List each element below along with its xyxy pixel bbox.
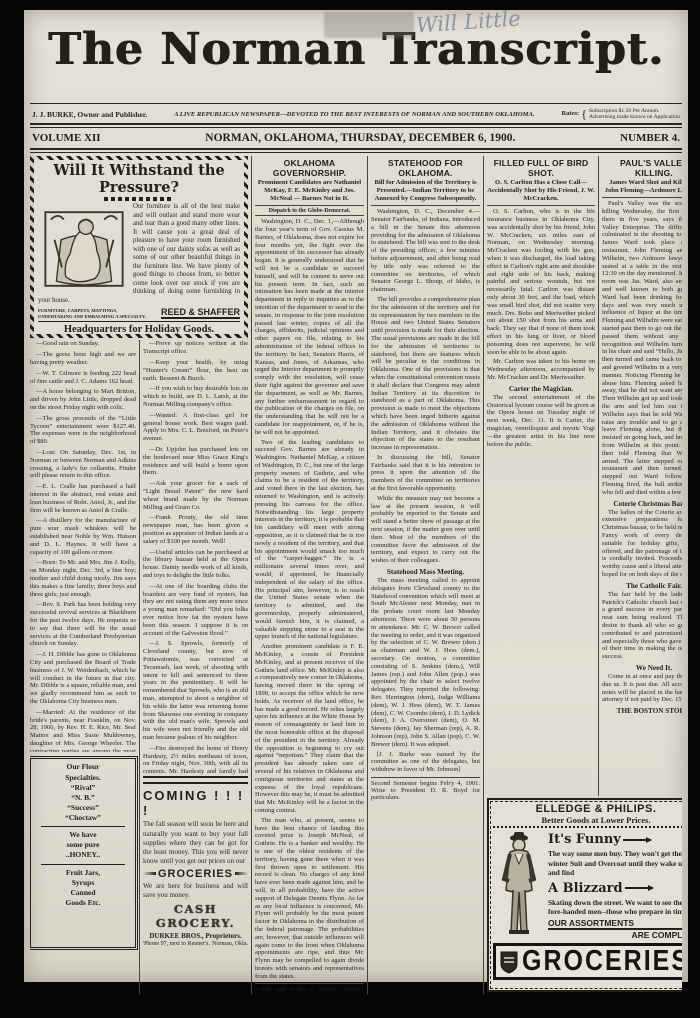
article-paragraph: Two of the leading candidates to succeed…	[255, 439, 364, 642]
right-pair-articles: FILLED FULL OF BIRD SHOT. O. S. Carlton …	[487, 156, 682, 796]
article-headline: Carter the Magician.	[487, 385, 595, 393]
flour-ad-line: Fruit Jars,	[33, 868, 133, 878]
flour-ad-line: We have	[33, 830, 133, 840]
article-bird-shot: FILLED FULL OF BIRD SHOT. O. S. Carlton …	[487, 158, 595, 381]
cash-grocery-phone: 'Phone 97, next to Renner's.	[143, 941, 210, 947]
article-deck: O. S. Carlton Has a Close Call—Accidenta…	[487, 179, 595, 206]
semester-note: Second Semester begins Feb'y 4, 1901. Wr…	[371, 777, 480, 801]
news-brief: —Rev. S. Park has been holding very succ…	[30, 601, 136, 648]
article-body: The fair held by the ladies of St. Patri…	[602, 591, 682, 661]
assortments-line: OUR ASSORTMENTS ARE COMPLETE	[548, 918, 682, 940]
cash-grocery-city: Norman, Okla.	[212, 941, 248, 947]
news-brief: —Dr. Upjohn has purchased lots on the bo…	[143, 446, 248, 477]
divider	[30, 123, 682, 128]
news-briefs-col2: —Prove up notices written at the Transcr…	[143, 340, 248, 778]
elledge-philips-ad: ELLEDGE & PHILIPS. Better Goods at Lower…	[487, 798, 682, 992]
article-paragraph: The ladies of the Coterie are making ext…	[602, 509, 682, 579]
furniture-ad-holiday-line: Headquarters for Holiday Goods.	[38, 321, 240, 334]
column-6: PAUL'S VALLEY KILLING. James Ward Shot a…	[599, 156, 682, 796]
furniture-ad-services: FURNITURE, CARPETS, MATTINGS, UNDERTAKIN…	[38, 308, 148, 319]
publisher-row: J. J. BURKE, Owner and Publisher. A LIVE…	[30, 106, 682, 122]
article-paragraph: While the measure may not become a law a…	[371, 495, 480, 565]
its-funny-title: It's Funny	[548, 832, 621, 847]
article-body: Washington, D. C., Dec. 1,—Although the …	[255, 218, 364, 980]
news-brief: —J. S. Sprowls, formerly of Cleveland co…	[143, 640, 248, 741]
left-column-pair: Will It Withstand the Pressure?	[30, 156, 252, 994]
newspaper-page: Will Little The Norman Transcript. J. J.…	[24, 10, 688, 982]
article-statehood: STATEHOOD FOR OKLAHOMA. Bill for Admissi…	[371, 158, 480, 565]
article-paragraph: The fair held by the ladies of St. Patri…	[602, 591, 682, 661]
article-body: Paul's Valley was the scene of a killing…	[602, 200, 682, 496]
furniture-ad: Will It Withstand the Pressure?	[30, 156, 248, 338]
article-paragraph: Washington, D. C., Dec. 1,—Although the …	[255, 218, 364, 436]
assortments-line-1: OUR ASSORTMENTS	[548, 918, 634, 928]
article-carter-magician: Carter the Magician. The second entertai…	[487, 385, 595, 449]
news-brief: —If you wish to buy desirable lots on wh…	[143, 385, 248, 408]
flour-ad-line: some pure	[33, 840, 133, 850]
flour-ad: Our FlourSpecialties.“Rival”“N. B.”“Succ…	[30, 758, 136, 948]
flour-ad-line: Syrups	[33, 878, 133, 888]
column-4: STATEHOOD FOR OKLAHOMA. Bill for Admissi…	[368, 156, 484, 994]
divider	[30, 103, 682, 104]
cash-grocery-proprietors: DURKEE BROS., Proprietors.	[143, 932, 248, 940]
arrow-ornament	[625, 887, 653, 889]
news-briefs-col1: —Good rain on Sunday.—The geese hone hig…	[30, 340, 136, 752]
groceries-banner: GROCERIES	[493, 943, 682, 980]
news-brief: —Ask your grocer for a sack of “Light Br…	[143, 480, 248, 511]
blizzard-title: A Blizzard	[548, 881, 623, 896]
boston-store-signature: THE BOSTON STORE.	[602, 707, 682, 715]
divider	[30, 148, 682, 153]
news-brief: —Married: At the residence of the bride'…	[30, 709, 136, 753]
coming-ad-title: COMING ! ! ! !	[143, 788, 248, 818]
article-we-need-it: We Need It. Come in at once and pay the …	[602, 664, 682, 715]
article-deck: James Ward Shot and Killed by John Flemi…	[602, 179, 682, 198]
news-brief: —The geese hone high and we are having p…	[30, 351, 136, 367]
news-brief: —Keep your health, by using “Hunter's Cr…	[143, 359, 248, 382]
elledge-ad-tagline: Better Goods at Lower Prices.	[493, 815, 682, 828]
groceries-line: GROCERIES	[143, 868, 248, 880]
news-brief: —At one of the boarding clubs the boarde…	[143, 583, 248, 638]
arrow-ornament	[623, 839, 651, 841]
article-credit: Dispatch to the Globe-Democrat.	[255, 208, 364, 216]
elledge-ad-name: ELLEDGE & PHILIPS.	[493, 803, 682, 815]
article-paragraph: Washington, D. C., December 4.—Senator F…	[371, 208, 480, 294]
flour-ad-lines: Our FlourSpecialties.“Rival”“N. B.”“Succ…	[33, 762, 133, 823]
coming-ad-pledge: We are here for business and will save y…	[143, 882, 248, 900]
furniture-ad-title: Will It Withstand the Pressure?	[38, 162, 240, 196]
article-paragraph: The man who, at present, seems to have t…	[255, 817, 364, 981]
rate-advertising: Advertising made known on Application	[589, 114, 680, 120]
groceries-banner-word: GROCERIES	[522, 945, 682, 978]
flour-ad-line: “Rival”	[33, 783, 133, 793]
news-brief: —Wanted: A first-class girl for general …	[143, 412, 248, 443]
article-paragraph: O. S. Carlton, who is in the life insura…	[487, 208, 595, 356]
article-pauls-valley: PAUL'S VALLEY KILLING. James Ward Shot a…	[602, 158, 682, 496]
column-2: —Prove up notices written at the Transcr…	[140, 340, 248, 994]
article-body: The second entertainment of the Oratoric…	[487, 394, 595, 449]
article-headline: PAUL'S VALLEY KILLING.	[602, 158, 682, 178]
furniture-ad-signature: REED & SHAFFER	[161, 307, 240, 319]
article-paragraph: Come in at once and pay the amount due u…	[602, 673, 682, 704]
news-brief: —A horse belonging to Mart Britton, and …	[30, 388, 136, 411]
rates-lines: Subscription $1.50 Per Annum. Advertisin…	[589, 108, 680, 120]
news-brief: —The gross proceeds of the “Little Tycoo…	[30, 415, 136, 446]
article-body: The mass meeting called to appoint deleg…	[371, 577, 480, 774]
flour-ad-line: Our Flour	[33, 762, 133, 772]
assortments-line-2: ARE COMPLETE	[548, 928, 682, 940]
news-brief: —A distillery for the manufacture of pur…	[30, 517, 136, 556]
groceries-word: GROCERIES	[158, 868, 233, 880]
article-paragraph: Another prominent candidate is F. E. McK…	[255, 643, 364, 815]
coming-ad-body: The fall season will soon be here and na…	[143, 820, 248, 865]
article-paragraph: The second entertainment of the Oratoric…	[487, 394, 595, 449]
volume-label: VOLUME XII	[32, 132, 101, 144]
brief-columns: —Good rain on Sunday.—The geese hone hig…	[30, 340, 248, 994]
article-headline: STATEHOOD FOR OKLAHOMA.	[371, 158, 480, 178]
date-row: VOLUME XII NORMAN, OKLAHOMA, THURSDAY, D…	[30, 129, 682, 147]
news-brief: —Fire destroyed the home of Henry Hardes…	[143, 745, 248, 779]
cash-grocery-name: CASH GROCERY.	[143, 902, 248, 930]
article-paragraph: The mass meeting called to appoint deleg…	[371, 577, 480, 749]
blizzard-body: Skating down the street. We want to see …	[548, 898, 682, 916]
news-brief: —E. L. Cralle has purchased a half inter…	[30, 483, 136, 514]
right-column-pair: FILLED FULL OF BIRD SHOT. O. S. Carlton …	[484, 156, 682, 994]
flourish-ornament	[235, 872, 248, 875]
flourish-ornament	[143, 872, 156, 875]
flour-ad-line: “Success”	[33, 803, 133, 813]
article-deck: Prominent Candidates are Nathaniel McKay…	[255, 179, 364, 206]
flour-ad-line: “Choctaw”	[33, 813, 133, 823]
column-3: OKLAHOMA GOVERNORSHIP. Prominent Candida…	[252, 156, 368, 994]
article-headline: FILLED FULL OF BIRD SHOT.	[487, 158, 595, 178]
flour-ad-goods: Fruit Jars,SyrupsCannedGoods Etc.	[33, 868, 133, 909]
divider	[41, 826, 125, 827]
article-paragraph: The bill provides a comprehensive plan f…	[371, 296, 480, 452]
rates-label: Rates:	[561, 111, 579, 117]
tape-mark	[324, 12, 414, 38]
news-brief: —J. H. Dibble has gone to Oklahoma City …	[30, 651, 136, 706]
article-catholic-fair: The Catholic Fair. The fair held by the …	[602, 582, 682, 661]
article-headline: OKLAHOMA GOVERNORSHIP.	[255, 158, 364, 178]
news-brief: —Frank Prouty, the old time newspaper ma…	[143, 514, 248, 545]
article-paragraph: In discussing the bill, Senator Fairbank…	[371, 454, 480, 493]
article-oklahoma-governorship: OKLAHOMA GOVERNORSHIP. Prominent Candida…	[255, 158, 364, 994]
article-body: O. S. Carlton, who is in the life insura…	[487, 208, 595, 382]
publisher-line: J. J. BURKE, Owner and Publisher.	[32, 110, 147, 119]
news-brief: —Lost: On Saturday, Dec. 1st, in Norman …	[30, 449, 136, 480]
motto-line: A LIVE REPUBLICAN NEWSPAPER—DEVOTED TO T…	[174, 111, 534, 118]
article-deck: Bill for Admission of the Territory is P…	[371, 179, 480, 206]
article-mass-meeting: Statehood Mass Meeting. The mass meeting…	[371, 568, 480, 801]
rates-block: Rates: { Subscription $1.50 Per Annum. A…	[561, 108, 680, 120]
divider	[41, 864, 125, 865]
elledge-ad-content: It's Funny The way some men buy. They wo…	[493, 830, 682, 940]
article-paragraph: Paul's Valley was the scene of a killing…	[602, 200, 682, 496]
news-brief: —Born: To Mr. and Mrs. Jim J. Kelly, on …	[30, 559, 136, 598]
article-coterie-bazaar: Coterie Christmas Bazaar. The ladies of …	[602, 500, 682, 579]
zigzag-ornament	[104, 197, 174, 201]
brace-glyph: {	[581, 109, 587, 119]
news-brief: —W. T. Gilmore is feeding 222 head of fi…	[30, 370, 136, 386]
column-1: —Good rain on Sunday.—The geese hone hig…	[30, 340, 140, 994]
flour-ad-line: Specialties.	[33, 773, 133, 783]
article-body: Washington, D. C., December 4.—Senator F…	[371, 208, 480, 565]
flour-ad-honey: We havesome pure..HONEY..	[33, 830, 133, 860]
article-body: The ladies of the Coterie are making ext…	[602, 509, 682, 579]
flour-ad-line: Canned	[33, 888, 133, 898]
cash-grocery-contact-row: 'Phone 97, next to Renner's. Norman, Okl…	[143, 941, 248, 947]
woman-in-chair-illustration	[38, 203, 130, 295]
article-paragraph: [J. J. Burke was named by the committee …	[371, 751, 480, 774]
issue-number: NUMBER 4.	[620, 132, 680, 144]
shield-icon	[499, 950, 519, 974]
furniture-ad-inner: Will It Withstand the Pressure?	[34, 160, 244, 334]
article-headline: We Need It.	[602, 664, 682, 672]
article-headline: Coterie Christmas Bazaar.	[602, 500, 682, 508]
article-paragraph: Mr. Carlton was taken to his home on Wed…	[487, 358, 595, 381]
article-headline: The Catholic Fair.	[602, 582, 682, 590]
flour-ad-line: “N. B.”	[33, 793, 133, 803]
news-brief: —Useful articles can be purchased at the…	[143, 549, 248, 580]
column-5: FILLED FULL OF BIRD SHOT. O. S. Carlton …	[487, 156, 599, 796]
news-brief: —Prove up notices written at the Transcr…	[143, 340, 248, 356]
furniture-ad-body-wrap: Our furniture is all of the best make an…	[38, 203, 240, 305]
elledge-ad-copy: It's Funny The way some men buy. They wo…	[548, 830, 682, 940]
cash-grocery-ad: COMING ! ! ! ! The fall season will soon…	[143, 782, 248, 994]
flour-ad-line: ..HONEY..	[33, 850, 133, 860]
article-headline: Statehood Mass Meeting.	[371, 568, 480, 576]
its-funny-body: The way some men buy. They won't get the…	[548, 849, 682, 876]
column-area: Will It Withstand the Pressure?	[30, 156, 682, 994]
news-brief: —Good rain on Sunday.	[30, 340, 136, 348]
man-in-suit-illustration	[493, 830, 545, 940]
filler-ad-line: —The staff of life is “Hunter's Cream” f…	[255, 983, 364, 994]
furniture-ad-footer-row: FURNITURE, CARPETS, MATTINGS, UNDERTAKIN…	[38, 307, 240, 319]
dateline: NORMAN, OKLAHOMA, THURSDAY, DECEMBER 6, …	[205, 132, 515, 144]
article-body: Come in at once and pay the amount due u…	[602, 673, 682, 704]
flour-ad-line: Goods Etc.	[33, 898, 133, 908]
